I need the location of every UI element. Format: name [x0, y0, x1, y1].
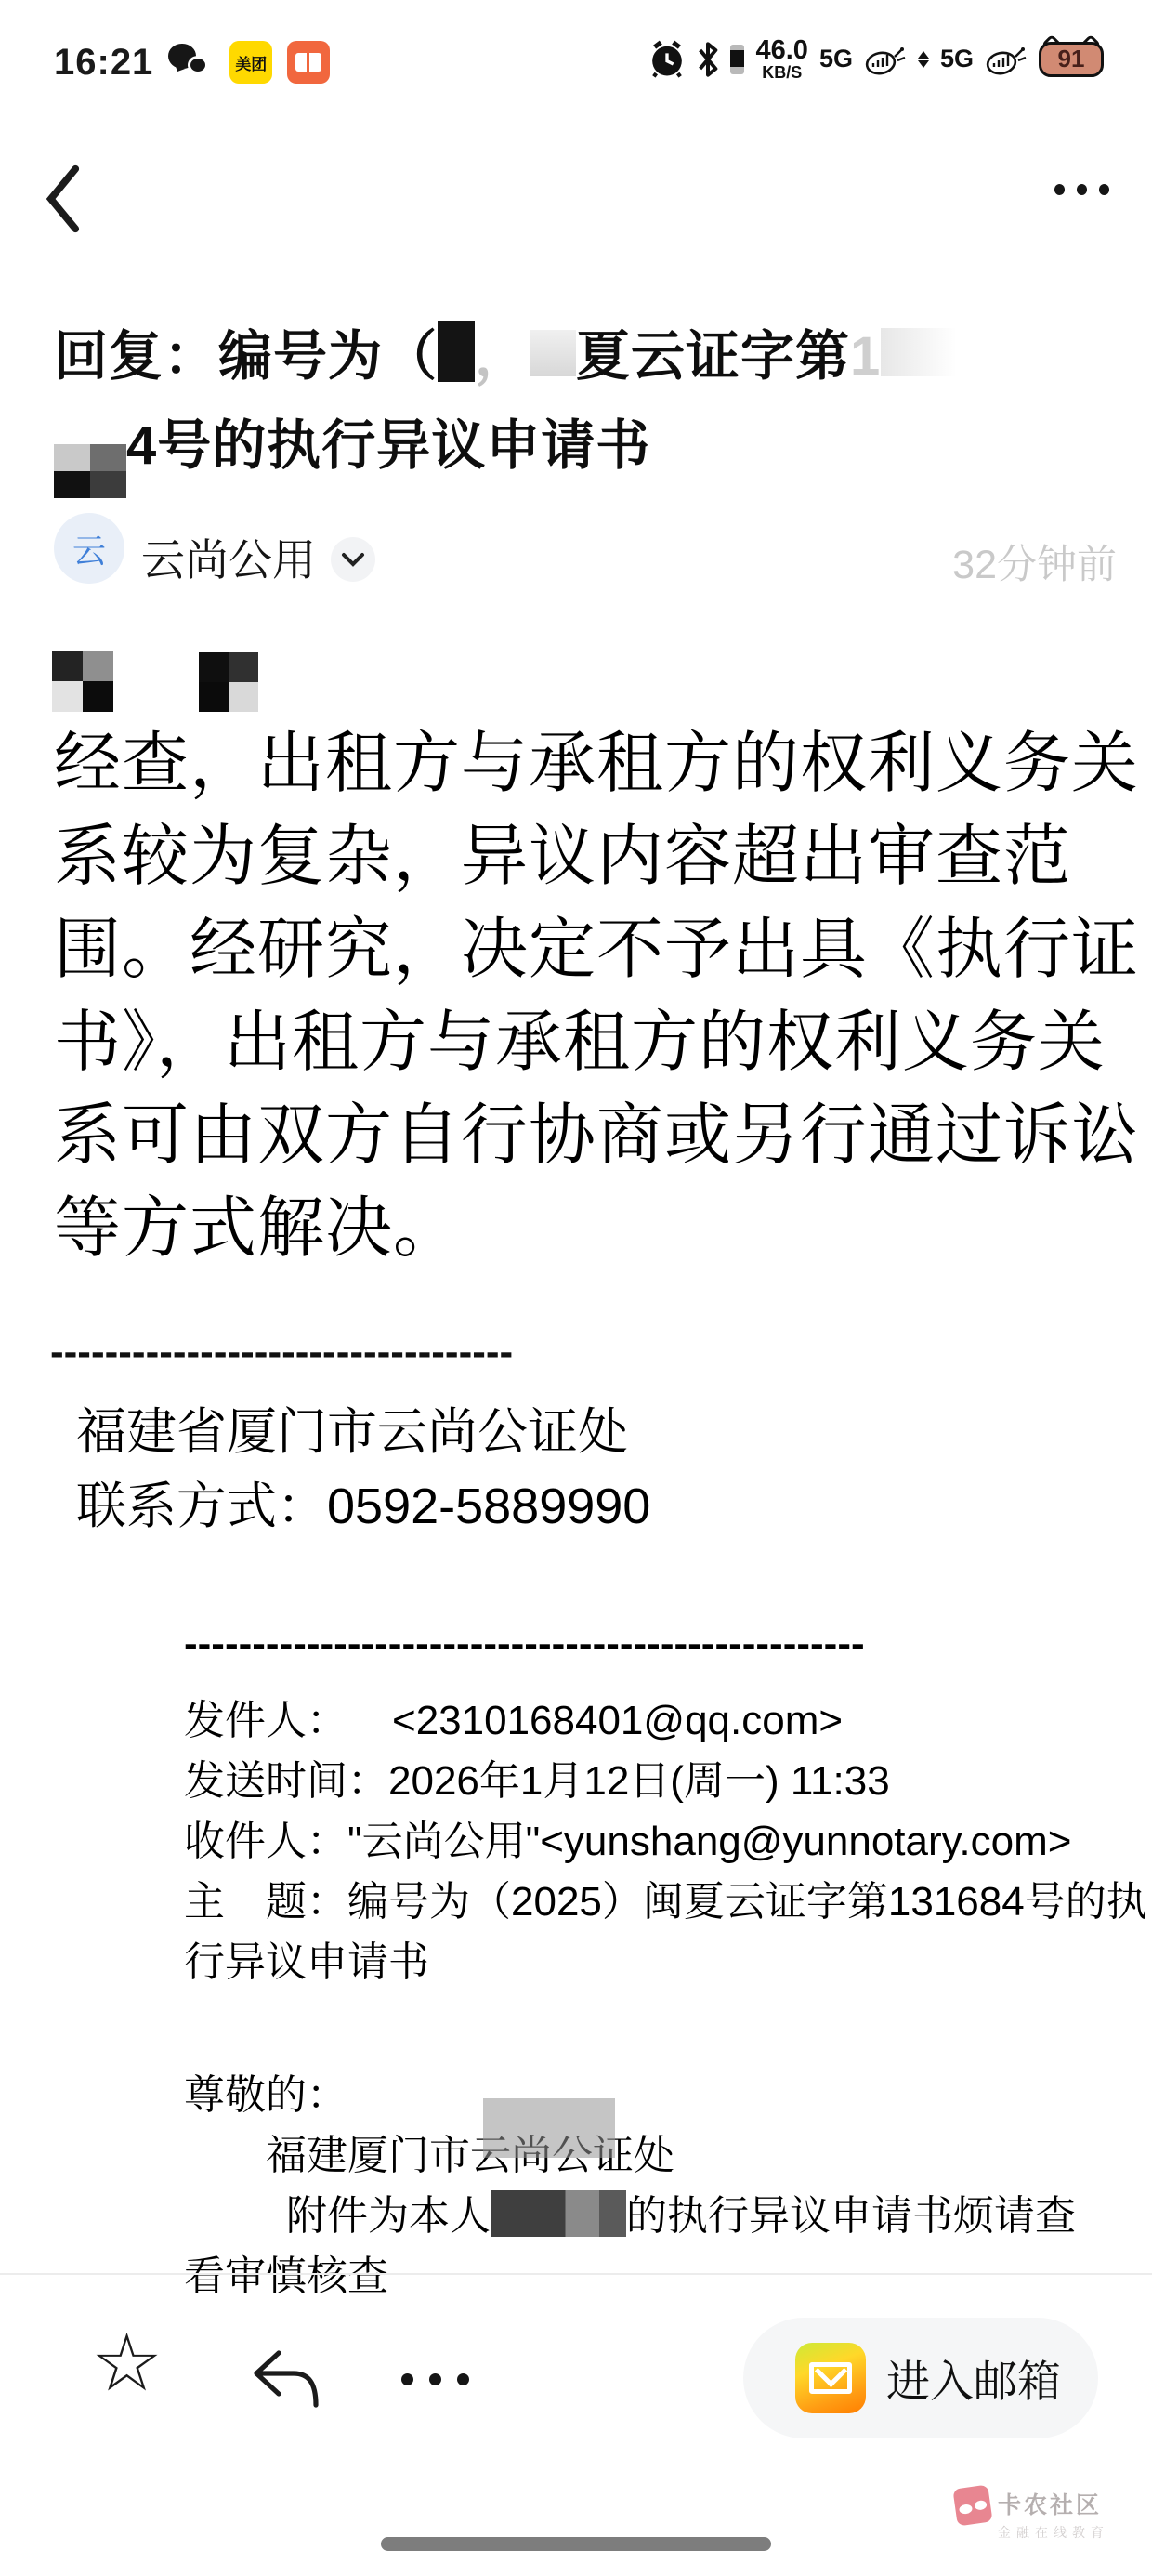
- signature-separator: ----------------------------------: [50, 1329, 513, 1375]
- battery-percent: 91: [1039, 42, 1104, 77]
- back-button[interactable]: [35, 164, 91, 234]
- redaction-block: [530, 330, 576, 376]
- meituan-notification-icon: 美团: [229, 41, 272, 84]
- sender-details-toggle[interactable]: [331, 537, 375, 582]
- enter-mailbox-label: 进入邮箱: [886, 2347, 1061, 2410]
- toolbar-more-button[interactable]: [401, 2373, 469, 2385]
- subject-part2: 夏云证字第: [576, 326, 850, 387]
- sim1-network-label: 5G: [819, 45, 853, 73]
- quoted-from-line: 发件人：<2310168401@qq.com>: [184, 1690, 1152, 1751]
- signature-org: 福建省厦门市云尚公证处: [76, 1392, 628, 1464]
- quoted-recipient: 福建厦门市云尚公证处: [184, 2125, 1152, 2186]
- signal-fish-icon: [985, 43, 1028, 76]
- avatar-initial: 云: [72, 525, 106, 572]
- bluetooth-icon: [697, 41, 719, 78]
- sim2-network-label: 5G: [940, 45, 974, 73]
- network-speed: 46.0 KB/S: [755, 37, 807, 81]
- status-bar-left: 16:21 美团: [54, 41, 330, 84]
- quoted-to-line: 收件人："云尚公用"<yunshang@yunnotary.com>: [184, 1811, 1152, 1872]
- updown-arrows-icon: [918, 46, 929, 73]
- to-label: 收件人：: [184, 1819, 347, 1864]
- watermark-title: 卡农社区: [998, 2487, 1109, 2520]
- status-time: 16:21: [54, 42, 153, 84]
- quoted-greeting: 尊敬的：: [184, 2065, 1152, 2125]
- redaction-mosaic: [199, 652, 258, 712]
- sent-value: 2026年1月12日(周一) 11:33: [388, 1758, 890, 1804]
- mail-body-paragraph: 经查，出租方与承租方的权利义务关系较为复杂，异议内容超出审查范围。经研究，决定不…: [54, 717, 1145, 1275]
- sent-label: 发送时间：: [184, 1758, 388, 1804]
- subject-comma: ，: [475, 326, 530, 387]
- sender-name: 云尚公用: [141, 526, 316, 588]
- to-value: "云尚公用"<yunshang@yunnotary.com>: [347, 1819, 1071, 1864]
- redaction-overlay: [483, 2098, 615, 2158]
- status-bar-right: 46.0 KB/S 5G 5G 91: [648, 37, 1104, 81]
- meituan-label: 美团: [235, 51, 267, 74]
- mail-subject: 回复：编号为（，夏云证字第1 4号的执行异议申请书: [54, 312, 1136, 498]
- email-detail-screen: 16:21 美团 46.0 KB/S 5G 5G: [0, 0, 1152, 2576]
- quoted-sent-line: 发送时间：2026年1月12日(周一) 11:33: [184, 1751, 1152, 1811]
- qq-mail-icon: [795, 2343, 866, 2413]
- enter-mailbox-button[interactable]: 进入邮箱: [743, 2318, 1098, 2438]
- subject-faded-digit: 1: [850, 326, 881, 387]
- attach-suffix: 的执行异议申请书烦请查: [626, 2193, 1076, 2239]
- reader-book-icon: [287, 41, 330, 84]
- network-speed-unit: KB/S: [755, 64, 807, 81]
- network-speed-value: 46.0: [755, 37, 807, 64]
- home-indicator[interactable]: [381, 2537, 771, 2551]
- mail-time-ago: 32分钟前: [952, 533, 1117, 590]
- redaction-mosaic: [52, 651, 113, 712]
- reply-button[interactable]: [247, 2347, 325, 2414]
- quoted-attachment-tail: 看审慎核查: [184, 2246, 1152, 2307]
- star-button[interactable]: ☆: [91, 2323, 163, 2403]
- subject-label: 主 题：: [184, 1879, 347, 1925]
- sender-avatar[interactable]: 云: [54, 513, 124, 584]
- watermark-subtitle: 金融在线教育: [998, 2523, 1109, 2542]
- more-button[interactable]: [1054, 184, 1109, 195]
- quoted-subject-line: 主 题：编号为（2025）闽夏云证字第131684号的执行异议申请书: [184, 1872, 1152, 1992]
- redaction-mosaic: [54, 444, 126, 498]
- chevron-down-icon: [341, 551, 365, 568]
- signature-contact: 联系方式：0592-5889990: [76, 1466, 650, 1538]
- quoted-attachment-line: 附件为本人的执行异议申请书烦请查: [184, 2186, 1152, 2246]
- from-label: 发件人：: [184, 1698, 347, 1743]
- subject-part1: 回复：编号为（: [54, 326, 438, 387]
- quoted-mail: ----------------------------------------…: [184, 1613, 1152, 2307]
- redaction-fade: [881, 328, 970, 376]
- watermark: 卡农社区 金融在线教育: [955, 2487, 1109, 2542]
- cat-battery-icon: 91: [1039, 42, 1104, 77]
- toolbar-divider: [0, 2273, 1152, 2275]
- subject-part3: 4号的执行异议申请书: [126, 415, 650, 476]
- kanong-logo-icon: [952, 2485, 992, 2527]
- redaction-block: [491, 2190, 626, 2237]
- signal-fish-icon: [864, 43, 907, 76]
- alarm-clock-icon: [648, 40, 686, 79]
- attach-prefix: 附件为本人: [286, 2193, 491, 2239]
- quoted-separator: ----------------------------------------…: [184, 1613, 1152, 1674]
- from-value: <2310168401@qq.com>: [392, 1698, 843, 1743]
- redaction-block: [438, 321, 475, 382]
- wechat-notification-icon: [168, 42, 215, 83]
- bt-device-battery-icon: [730, 45, 744, 74]
